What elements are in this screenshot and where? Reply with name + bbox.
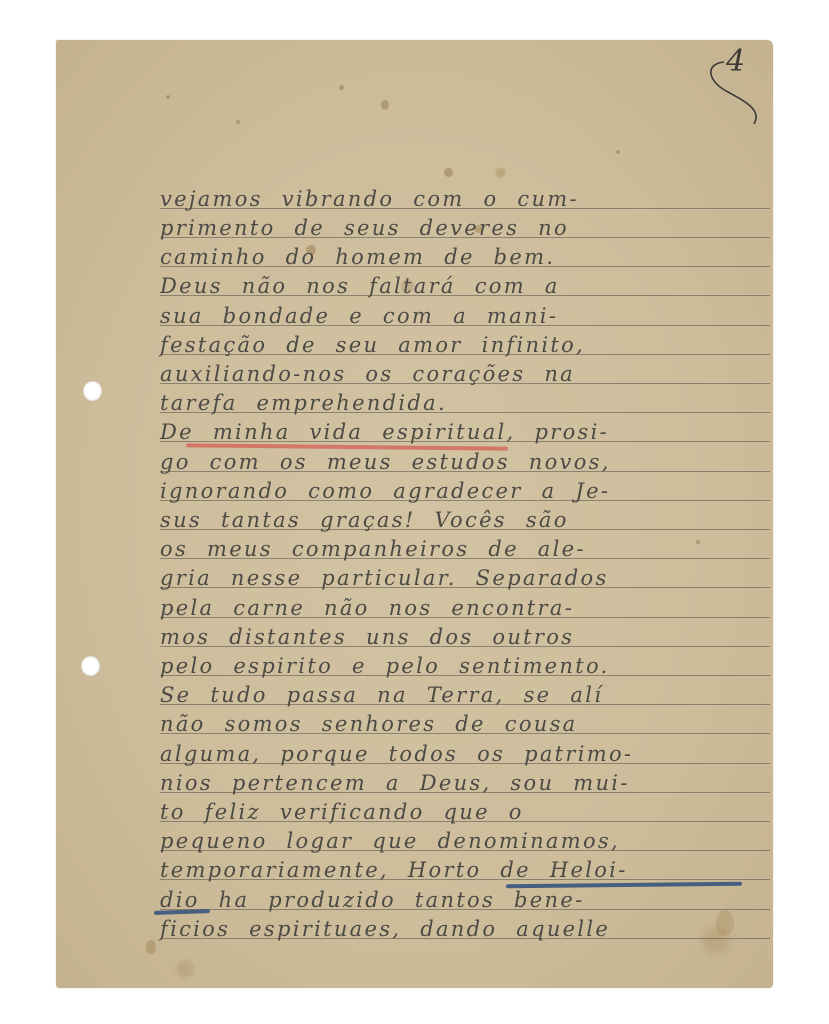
punch-hole-bottom: [81, 656, 100, 676]
text-line-26: ficios espirituaes, dando aquelle: [160, 916, 772, 942]
text-line-19: não somos senhores de cousa: [160, 711, 772, 737]
text-line-6: festação de seu amor infinito,: [160, 332, 772, 358]
text-line-25: dio ha produzido tantos bene-: [160, 887, 772, 913]
text-line-7: auxiliando-nos os corações na: [160, 361, 772, 387]
text-line-16: mos distantes uns dos outros: [160, 624, 772, 650]
text-line-14: gria nesse particular. Separados: [160, 565, 772, 591]
text-line-21: nios pertencem a Deus, sou mui-: [160, 770, 772, 796]
text-line-4: Deus não nos faltará com a: [160, 273, 772, 299]
text-line-11: ignorando como agradecer a Je-: [160, 478, 772, 504]
text-line-1: vejamos vibrando com o cum-: [160, 186, 772, 212]
text-line-9: De minha vida espiritual, prosi-: [160, 419, 772, 445]
text-line-15: pela carne não nos encontra-: [160, 595, 772, 621]
text-line-22: to feliz verificando que o: [160, 799, 772, 825]
text-line-20: alguma, porque todos os patrimo-: [160, 741, 772, 767]
letter-page: 4 vejamos vibrando com o cum- primento d…: [56, 40, 773, 988]
blue-pencil-underline-continued: [154, 909, 210, 915]
page-number-flourish-icon: [702, 50, 772, 130]
text-line-3: caminho do homem de bem.: [160, 244, 772, 270]
text-line-5: sua bondade e com a mani-: [160, 303, 772, 329]
text-line-23: pequeno logar que denominamos,: [160, 828, 772, 854]
text-line-13: os meus companheiros de ale-: [160, 536, 772, 562]
text-line-12: sus tantas graças! Vocês são: [160, 507, 772, 533]
text-line-2: primento de seus deveres no: [160, 215, 772, 241]
text-line-17: pelo espirito e pelo sentimento.: [160, 653, 772, 679]
punch-hole-top: [83, 381, 102, 401]
text-line-24: temporariamente, Horto de Heloi-: [160, 857, 772, 883]
text-line-18: Se tudo passa na Terra, se alí: [160, 682, 772, 708]
text-line-10: go com os meus estudos novos,: [160, 449, 772, 475]
text-line-8: tarefa emprehendida.: [160, 390, 772, 416]
